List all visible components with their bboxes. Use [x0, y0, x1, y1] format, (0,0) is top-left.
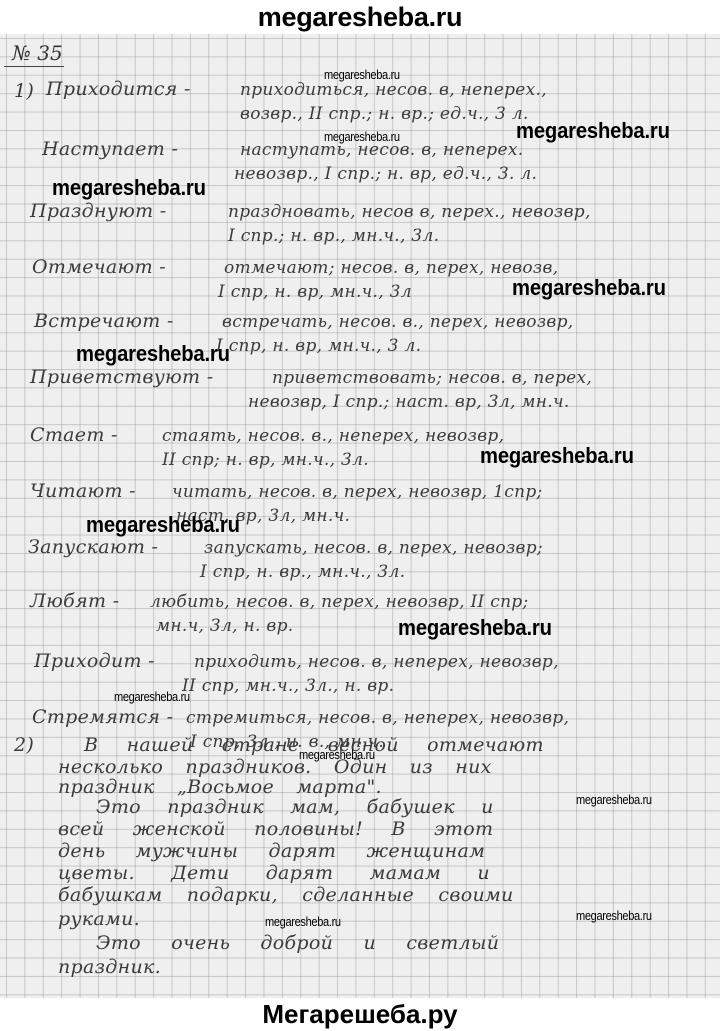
- entry-line2: II спр; н. вр, мн.ч., 3л.: [162, 450, 369, 470]
- site-header-banner: megaresheba.ru: [0, 0, 720, 34]
- entry-word: Празднуют -: [30, 200, 167, 222]
- entry-word: Приветствуют -: [30, 366, 213, 388]
- entry-word: Читают -: [30, 480, 136, 502]
- text-line: всей женской половины! В этот: [58, 818, 493, 840]
- entry-line2: I спр, н. вр, мн.ч., 3 л.: [216, 336, 421, 356]
- entry-word: Приходится -: [46, 78, 191, 100]
- text-line: Это очень доброй и светлый: [96, 932, 499, 954]
- entry-line2: возвр., II спр.; н. вр.; ед.ч., 3 л.: [240, 104, 529, 124]
- watermark-small: megaresheba.ru: [324, 129, 400, 144]
- entry-line2: невозвр, I спр.; наст. вр, 3л, мн.ч.: [248, 392, 570, 412]
- entry-line1: любить, несов. в, перех, невозвр, II спр…: [150, 592, 529, 612]
- watermark-bold: megaresheba.ru: [398, 615, 552, 641]
- entry-line1: праздновать, несов в, перех., невозвр,: [228, 202, 591, 222]
- entry-line2: II спр, мн.ч., 3л., н. вр.: [182, 676, 394, 696]
- entry-line1: стремиться, несов. в, неперех, невозвр,: [186, 708, 569, 728]
- watermark-bold: megaresheba.ru: [516, 118, 670, 144]
- watermark-bold: megaresheba.ru: [480, 443, 634, 469]
- text-line: несколько праздников. Один из них: [58, 756, 492, 778]
- entry-word: Стремятся -: [32, 706, 173, 728]
- text-line: Это праздник мам, бабушек и: [96, 796, 494, 818]
- watermark-bold: megaresheba.ru: [52, 175, 206, 201]
- text-line: руками.: [58, 908, 140, 930]
- entry-line1: приходить, несов. в, неперех, невозвр,: [194, 652, 559, 672]
- entry-line2: I спр, н. вр, мн.ч., 3л: [218, 282, 412, 302]
- text-line: бабушкам подарки, сделанные своими: [58, 884, 514, 906]
- entry-line1: приветствовать; несов. в, перех,: [272, 368, 592, 388]
- text-line: день мужчины дарят женщинам: [58, 840, 485, 862]
- entry-line1: встречать, несов. в., перех, невозвр,: [222, 312, 573, 332]
- text-line: праздник „Восьмое марта".: [58, 776, 382, 798]
- site-footer-title: Мегарешеба.ру: [262, 999, 457, 1029]
- entry-word: Приходит -: [34, 650, 155, 672]
- entry-line2: мн.ч, 3л, н. вр.: [156, 616, 294, 636]
- entry-word: Запускают -: [28, 536, 158, 558]
- watermark-bold: megaresheba.ru: [512, 275, 666, 301]
- watermark-small: megaresheba.ru: [114, 689, 190, 704]
- exercise-number-underline: [4, 66, 64, 67]
- entry-line1: отмечают; несов. в, перех, невозв,: [224, 258, 558, 278]
- entry-word: Отмечают -: [32, 256, 166, 278]
- watermark-small: megaresheba.ru: [576, 792, 652, 807]
- text-line: праздник.: [58, 956, 161, 978]
- entry-line2: I спр.; н. вр., мн.ч., 3л.: [228, 226, 439, 246]
- entry-word: Любят -: [30, 590, 119, 612]
- entry-word: Наступает -: [42, 138, 178, 160]
- part1-label: 1): [14, 80, 34, 102]
- entry-line1: читать, несов. в, перех, невозвр, 1спр;: [172, 482, 543, 502]
- entry-line1: стаять, несов. в., неперех, невозвр,: [162, 426, 504, 446]
- entry-line2: невозвр., I спр.; н. вр, ед.ч., 3. л.: [234, 164, 537, 184]
- watermark-small: megaresheba.ru: [265, 914, 341, 929]
- entry-line2: I спр, н. вр., мн.ч., 3л.: [200, 562, 405, 582]
- watermark-small: megaresheba.ru: [576, 908, 652, 923]
- watermark-small: megaresheba.ru: [324, 67, 400, 82]
- part2-label: 2): [14, 734, 34, 756]
- watermark-bold: megaresheba.ru: [86, 512, 240, 538]
- entry-line1: запускать, несов. в, перех, невозвр;: [204, 538, 543, 558]
- watermark-small: megaresheba.ru: [299, 747, 375, 762]
- watermark-bold: megaresheba.ru: [76, 341, 230, 367]
- entry-word: Встречают -: [34, 310, 174, 332]
- entry-word: Стает -: [30, 424, 118, 446]
- text-line: цветы. Дети дарят мамам и: [58, 862, 490, 884]
- site-header-title: megaresheba.ru: [258, 2, 462, 32]
- site-footer-banner: Мегарешеба.ру: [0, 998, 720, 1031]
- exercise-number: № 35: [12, 41, 63, 65]
- entry-line1: приходиться, несов. в, неперех.,: [240, 80, 547, 100]
